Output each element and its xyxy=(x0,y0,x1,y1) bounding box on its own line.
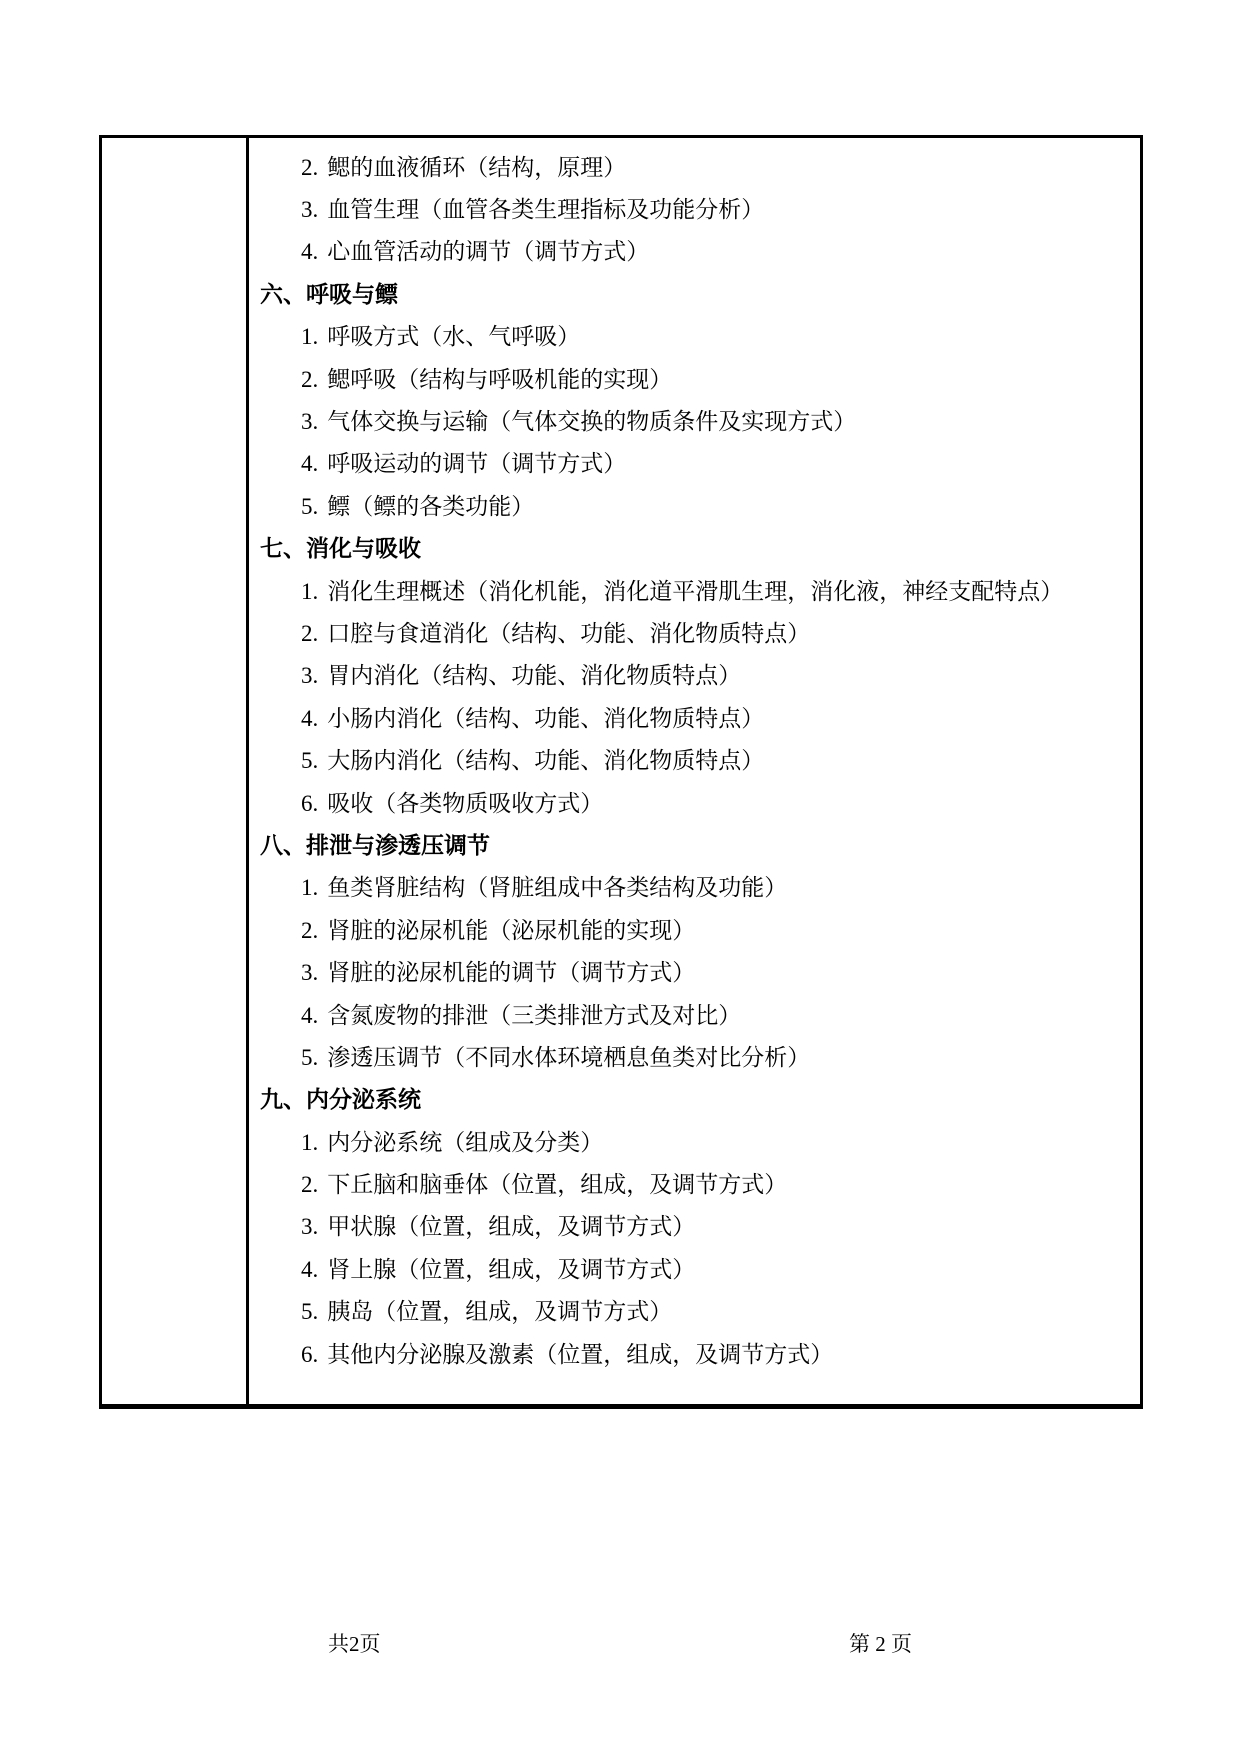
item-number-label: 3. xyxy=(301,961,318,984)
outline-item: 1.消化生理概述（消化机能，消化道平滑肌生理，消化液，神经支配特点） xyxy=(249,570,1140,612)
outline-item: 3.肾脏的泌尿机能的调节（调节方式） xyxy=(249,951,1140,993)
outline-item: 3.胃内消化（结构、功能、消化物质特点） xyxy=(249,655,1140,697)
item-text: 气体交换与运输（气体交换的物质条件及实现方式） xyxy=(327,410,856,433)
item-number-label: 6. xyxy=(301,792,318,815)
outline-section-heading: 九、内分泌系统 xyxy=(249,1079,1140,1121)
item-text: 小肠内消化（结构、功能、消化物质特点） xyxy=(327,707,764,730)
section-title-text: 呼吸与鳔 xyxy=(306,283,398,306)
item-number-label: 4. xyxy=(301,452,318,475)
outline-section-heading: 七、消化与吸收 xyxy=(249,528,1140,570)
syllabus-table: 2.鳃的血液循环（结构，原理）3.血管生理（血管各类生理指标及功能分析）4.心血… xyxy=(99,135,1143,1409)
item-number-label: 3. xyxy=(301,198,318,221)
outline-item: 2.鳃的血液循环（结构，原理） xyxy=(249,146,1140,188)
section-title-text: 消化与吸收 xyxy=(306,537,421,560)
outline-item: 2.下丘脑和脑垂体（位置，组成，及调节方式） xyxy=(249,1163,1140,1205)
item-text: 呼吸运动的调节（调节方式） xyxy=(327,452,626,475)
item-text: 胰岛（位置，组成，及调节方式） xyxy=(327,1300,672,1323)
item-number-label: 2. xyxy=(301,368,318,391)
outline-item: 6.吸收（各类物质吸收方式） xyxy=(249,782,1140,824)
item-text: 鱼类肾脏结构（肾脏组成中各类结构及功能） xyxy=(327,876,787,899)
item-number-label: 3. xyxy=(301,664,318,687)
table-content-column: 2.鳃的血液循环（结构，原理）3.血管生理（血管各类生理指标及功能分析）4.心血… xyxy=(249,138,1140,1404)
item-text: 心血管活动的调节（调节方式） xyxy=(327,240,649,263)
outline-section-heading: 六、呼吸与鳔 xyxy=(249,273,1140,315)
item-number-label: 1. xyxy=(301,325,318,348)
outline-item: 4.肾上腺（位置，组成，及调节方式） xyxy=(249,1248,1140,1290)
item-text: 消化生理概述（消化机能，消化道平滑肌生理，消化液，神经支配特点） xyxy=(327,580,1063,603)
outline-item: 5.鳔（鳔的各类功能） xyxy=(249,485,1140,527)
item-text: 呼吸方式（水、气呼吸） xyxy=(327,325,580,348)
outline-item: 4.心血管活动的调节（调节方式） xyxy=(249,231,1140,273)
outline-section-heading: 八、排泄与渗透压调节 xyxy=(249,824,1140,866)
item-text: 鳔（鳔的各类功能） xyxy=(327,495,534,518)
item-number-label: 2. xyxy=(301,622,318,645)
item-number-label: 5. xyxy=(301,495,318,518)
item-number-label: 1. xyxy=(301,876,318,899)
item-text: 鳃呼吸（结构与呼吸机能的实现） xyxy=(327,368,672,391)
item-number-label: 2. xyxy=(301,156,318,179)
outline-item: 4.呼吸运动的调节（调节方式） xyxy=(249,443,1140,485)
section-number-label: 九、 xyxy=(260,1088,306,1111)
outline-item: 4.含氮废物的排泄（三类排泄方式及对比） xyxy=(249,994,1140,1036)
item-number-label: 4. xyxy=(301,240,318,263)
table-left-column-empty xyxy=(102,138,249,1404)
item-number-label: 5. xyxy=(301,1046,318,1069)
item-number-label: 6. xyxy=(301,1343,318,1366)
item-text: 口腔与食道消化（结构、功能、消化物质特点） xyxy=(327,622,810,645)
outline-item: 1.呼吸方式（水、气呼吸） xyxy=(249,316,1140,358)
item-number-label: 1. xyxy=(301,580,318,603)
item-text: 肾脏的泌尿机能的调节（调节方式） xyxy=(327,961,695,984)
footer-total-pages: 共2页 xyxy=(328,1628,381,1658)
outline-item: 5.胰岛（位置，组成，及调节方式） xyxy=(249,1291,1140,1333)
section-number-label: 六、 xyxy=(260,283,306,306)
footer-page-number: 第 2 页 xyxy=(849,1628,912,1658)
item-number-label: 4. xyxy=(301,1258,318,1281)
item-text: 甲状腺（位置，组成，及调节方式） xyxy=(327,1215,695,1238)
item-text: 肾脏的泌尿机能（泌尿机能的实现） xyxy=(327,919,695,942)
item-text: 下丘脑和脑垂体（位置，组成，及调节方式） xyxy=(327,1173,787,1196)
outline-item: 6.其他内分泌腺及激素（位置，组成，及调节方式） xyxy=(249,1333,1140,1375)
item-number-label: 4. xyxy=(301,707,318,730)
outline-item: 2.口腔与食道消化（结构、功能、消化物质特点） xyxy=(249,612,1140,654)
item-text: 血管生理（血管各类生理指标及功能分析） xyxy=(327,198,764,221)
section-number-label: 七、 xyxy=(260,537,306,560)
item-number-label: 2. xyxy=(301,919,318,942)
outline-item: 1.鱼类肾脏结构（肾脏组成中各类结构及功能） xyxy=(249,867,1140,909)
item-text: 鳃的血液循环（结构，原理） xyxy=(327,156,626,179)
section-title-text: 内分泌系统 xyxy=(306,1088,421,1111)
outline-item: 4.小肠内消化（结构、功能、消化物质特点） xyxy=(249,697,1140,739)
outline-item: 2.鳃呼吸（结构与呼吸机能的实现） xyxy=(249,358,1140,400)
item-text: 含氮废物的排泄（三类排泄方式及对比） xyxy=(327,1004,741,1027)
item-text: 吸收（各类物质吸收方式） xyxy=(327,792,603,815)
item-number-label: 5. xyxy=(301,1300,318,1323)
outline-item: 3.甲状腺（位置，组成，及调节方式） xyxy=(249,1206,1140,1248)
section-title-text: 排泄与渗透压调节 xyxy=(306,834,490,857)
item-number-label: 4. xyxy=(301,1004,318,1027)
outline-item: 5.渗透压调节（不同水体环境栖息鱼类对比分析） xyxy=(249,1036,1140,1078)
item-number-label: 5. xyxy=(301,749,318,772)
item-text: 其他内分泌腺及激素（位置，组成，及调节方式） xyxy=(327,1343,833,1366)
item-number-label: 3. xyxy=(301,1215,318,1238)
outline-item: 3.血管生理（血管各类生理指标及功能分析） xyxy=(249,188,1140,230)
item-text: 内分泌系统（组成及分类） xyxy=(327,1131,603,1154)
item-text: 渗透压调节（不同水体环境栖息鱼类对比分析） xyxy=(327,1046,810,1069)
item-text: 大肠内消化（结构、功能、消化物质特点） xyxy=(327,749,764,772)
item-number-label: 2. xyxy=(301,1173,318,1196)
item-text: 胃内消化（结构、功能、消化物质特点） xyxy=(327,664,741,687)
outline-item: 5.大肠内消化（结构、功能、消化物质特点） xyxy=(249,739,1140,781)
outline-item: 2.肾脏的泌尿机能（泌尿机能的实现） xyxy=(249,909,1140,951)
section-number-label: 八、 xyxy=(260,834,306,857)
item-number-label: 3. xyxy=(301,410,318,433)
item-number-label: 1. xyxy=(301,1131,318,1154)
item-text: 肾上腺（位置，组成，及调节方式） xyxy=(327,1258,695,1281)
outline-item: 3.气体交换与运输（气体交换的物质条件及实现方式） xyxy=(249,400,1140,442)
outline-item: 1.内分泌系统（组成及分类） xyxy=(249,1121,1140,1163)
